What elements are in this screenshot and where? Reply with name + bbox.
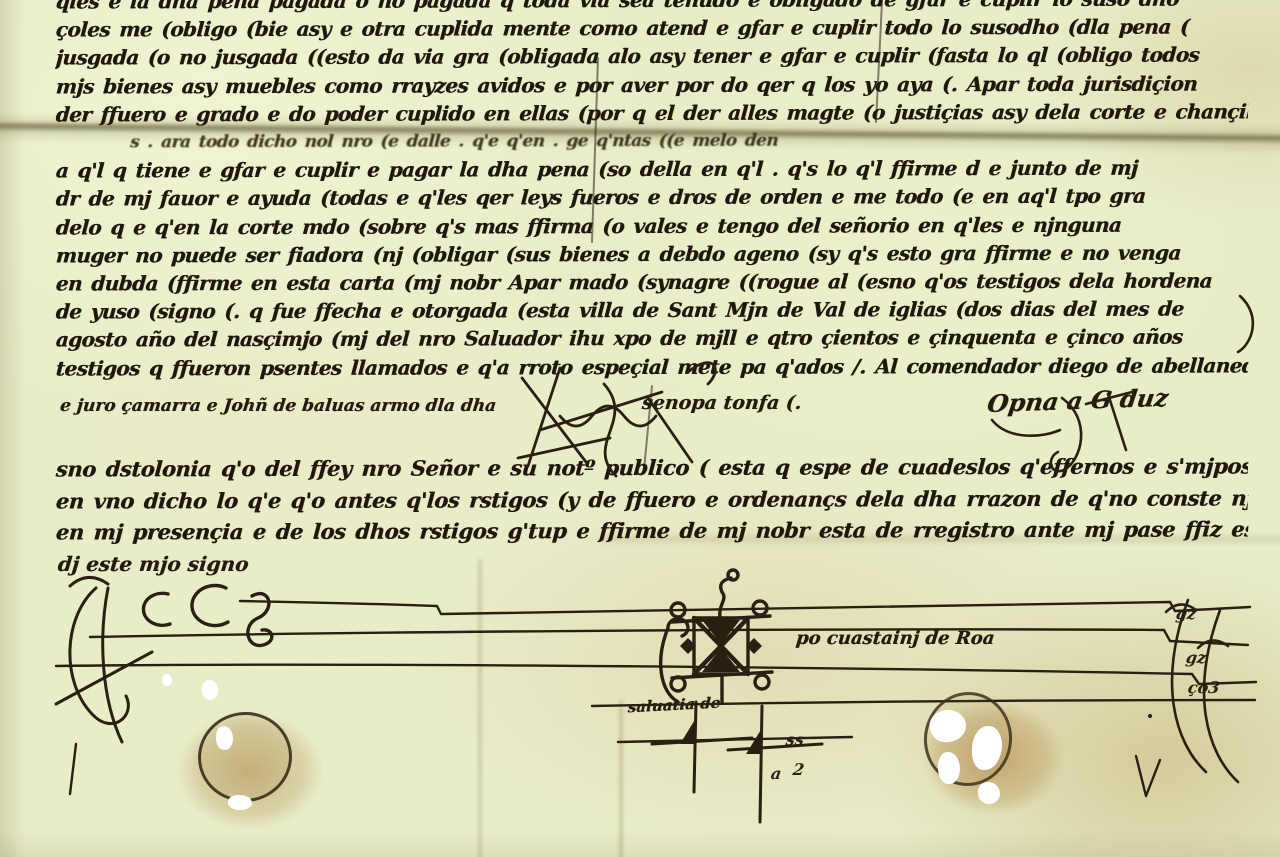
witness-signature-flourish bbox=[518, 363, 715, 476]
repair-patch bbox=[202, 680, 218, 700]
right-signature-flourish bbox=[992, 296, 1253, 471]
repair-patch bbox=[162, 674, 172, 686]
notarial-sign bbox=[661, 570, 772, 702]
parchment-page: qles e la dha pena pagada o no pagada q … bbox=[0, 0, 1280, 857]
left-rubrica bbox=[56, 577, 152, 742]
right-edge-rubrica bbox=[1166, 600, 1238, 782]
repair-patch bbox=[228, 795, 252, 810]
repair-patch bbox=[216, 726, 233, 750]
repair-patch bbox=[978, 782, 1000, 804]
sign-tail-flags bbox=[652, 702, 822, 822]
repair-patch bbox=[938, 752, 960, 784]
